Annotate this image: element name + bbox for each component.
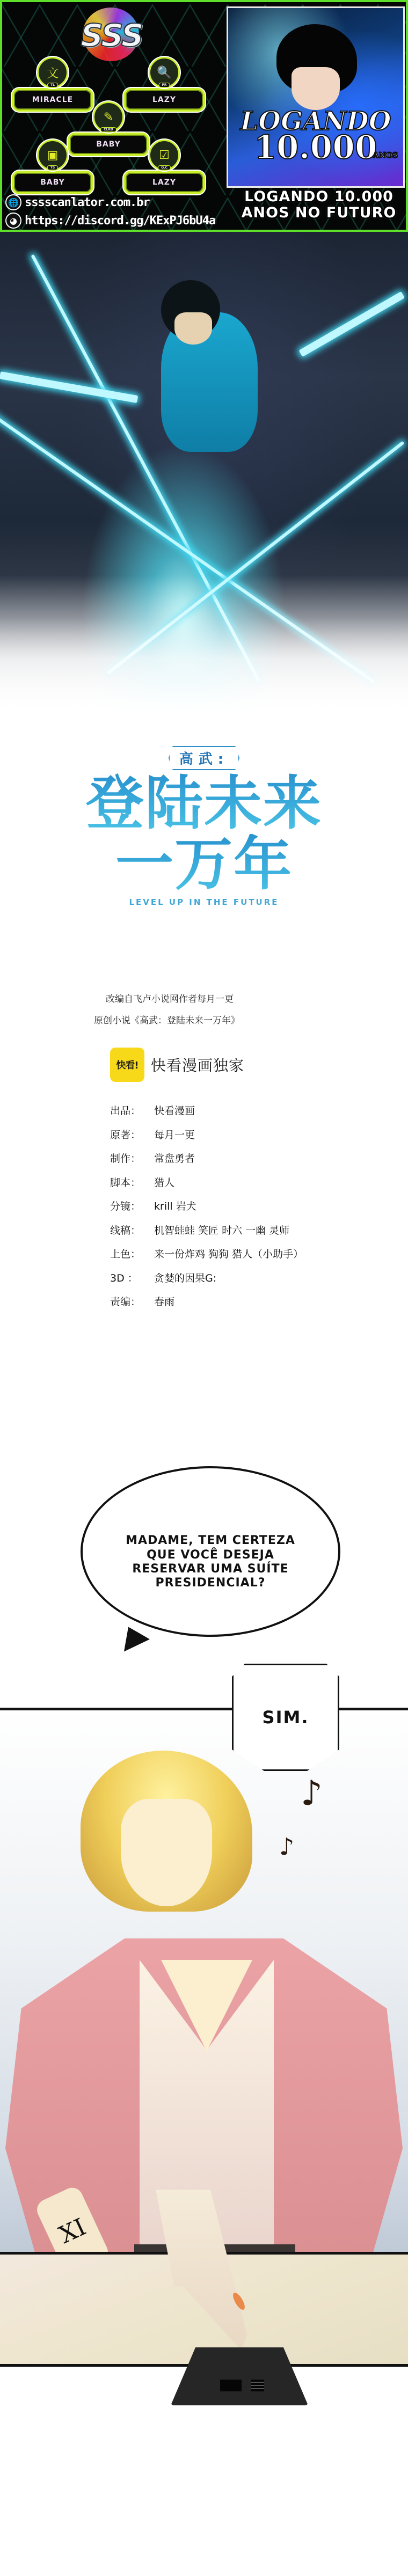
series-cover-thumbnail: LOGANDO 10.000 ANOS (227, 6, 405, 188)
original-novel-text: 原创小说《高武：登陆未来一万年》 (94, 1010, 395, 1031)
card-chip (220, 2380, 242, 2391)
speech-bubble-clerk: MADAME, TEM CERTEZA QUE VOCÊ DESEJA RESE… (81, 1466, 340, 1637)
role-name: BABY (40, 178, 65, 187)
staff-row: 上色：来一份炸鸡 狗狗 猎人（小助手） (110, 1242, 395, 1267)
platform-exclusive-text: 快看漫画独家 (151, 1054, 244, 1075)
role-name: LAZY (152, 178, 176, 187)
globe-icon: 🌐 (5, 194, 21, 210)
comic-page: SSS MIRACLE 文 TL LAZY 🔍 PR BABY ✎ CLRD (0, 0, 408, 2576)
character-face (121, 1799, 212, 1906)
discord-url[interactable]: https://discord.gg/KExPJ6bU4a (25, 214, 215, 228)
staff-row: 制作：常盘勇者 (110, 1147, 395, 1171)
staff-row: 出品：快看漫画 (110, 1099, 395, 1123)
bubble-text: SIM. (263, 1707, 309, 1728)
role-plate: BABY (68, 133, 149, 156)
website-url[interactable]: sssscanlator.com.br (25, 196, 150, 209)
staff-row: 3D ：贪婪的因果G: (110, 1267, 395, 1291)
original-credits: 改编自飞卢小说网作者每月一更 原创小说《高武：登陆未来一万年》 快看! 快看漫画… (94, 989, 395, 1314)
role-badge-pr: LAZY 🔍 PR (123, 73, 205, 112)
title-main-line-1: 登陆未来 (81, 773, 327, 834)
scanlator-credits-banner: SSS MIRACLE 文 TL LAZY 🔍 PR BABY ✎ CLRD (0, 0, 408, 232)
music-note-icon: ♪ (279, 1835, 294, 1859)
role-plate: MIRACLE (12, 88, 93, 112)
adapted-from-text: 改编自飞卢小说网作者每月一更 (94, 989, 395, 1010)
staff-row: 线稿：机智蛙蛙 笑匠 时六 一幽 灵师 (110, 1219, 395, 1243)
series-title-logo: 高武: 登陆未来 一万年 LEVEL UP IN THE FUTURE (81, 746, 327, 950)
role-tag: PR (158, 83, 170, 87)
speech-bubble-tail (116, 1627, 150, 1659)
role-tag: CLRD (100, 127, 116, 132)
role-tag: TS (47, 165, 58, 170)
music-note-icon: ♪ (301, 1776, 323, 1811)
lightning-arc (299, 291, 405, 357)
staff-row: 分镜：krill 岩犬 (110, 1195, 395, 1219)
panel-border (0, 1708, 408, 1710)
staff-row: 责编：春雨 (110, 1290, 395, 1314)
role-tag: Q.C (158, 165, 171, 170)
role-plate: BABY (12, 171, 93, 194)
cover-illustration (0, 232, 408, 715)
staff-list: 出品：快看漫画 原著：每月一更 制作：常盘勇者 脚本：猎人 分镜：krill 岩… (110, 1099, 395, 1314)
hero-character-face (174, 312, 212, 345)
role-badge-clrd: BABY ✎ CLRD (68, 118, 149, 156)
series-title-portuguese: LOGANDO 10.000 ANOS NO FUTURO (238, 189, 399, 221)
discord-link[interactable]: ◕ https://discord.gg/KExPJ6bU4a (5, 213, 215, 229)
role-plate: LAZY (123, 171, 205, 194)
cover-character-face (292, 67, 340, 110)
title-english: LEVEL UP IN THE FUTURE (81, 897, 327, 907)
speech-bubble-woman: SIM. (232, 1664, 339, 1771)
bubble-text: MADAME, TEM CERTEZA QUE VOCÊ DESEJA RESE… (126, 1534, 295, 1591)
role-name: BABY (96, 140, 121, 149)
staff-row: 原著：每月一更 (110, 1123, 395, 1147)
group-logo: SSS (69, 17, 155, 54)
role-badge-qc: LAZY ☑ Q.C (123, 156, 205, 194)
website-link[interactable]: 🌐 sssscanlator.com.br (5, 194, 150, 210)
role-name: LAZY (152, 96, 176, 104)
role-badge-ts: BABY ▣ TS (12, 156, 93, 194)
role-tag: TL (47, 83, 58, 87)
title-main-line-2: 一万年 (81, 834, 327, 895)
lightning-arc (0, 371, 138, 403)
staff-row: 脚本：猎人 (110, 1171, 395, 1195)
kuaikan-logo: 快看! (110, 1048, 144, 1082)
card-stripes (251, 2380, 264, 2391)
cover-title: LOGANDO 10.000 ANOS (228, 110, 403, 162)
role-plate: LAZY (123, 88, 205, 112)
role-badge-tl: MIRACLE 文 TL (12, 73, 93, 112)
platform-row: 快看! 快看漫画独家 (110, 1048, 395, 1082)
role-name: MIRACLE (32, 96, 74, 104)
discord-icon: ◕ (5, 213, 21, 229)
fade-to-white (0, 575, 408, 715)
title-prefix: 高武: (169, 746, 239, 770)
